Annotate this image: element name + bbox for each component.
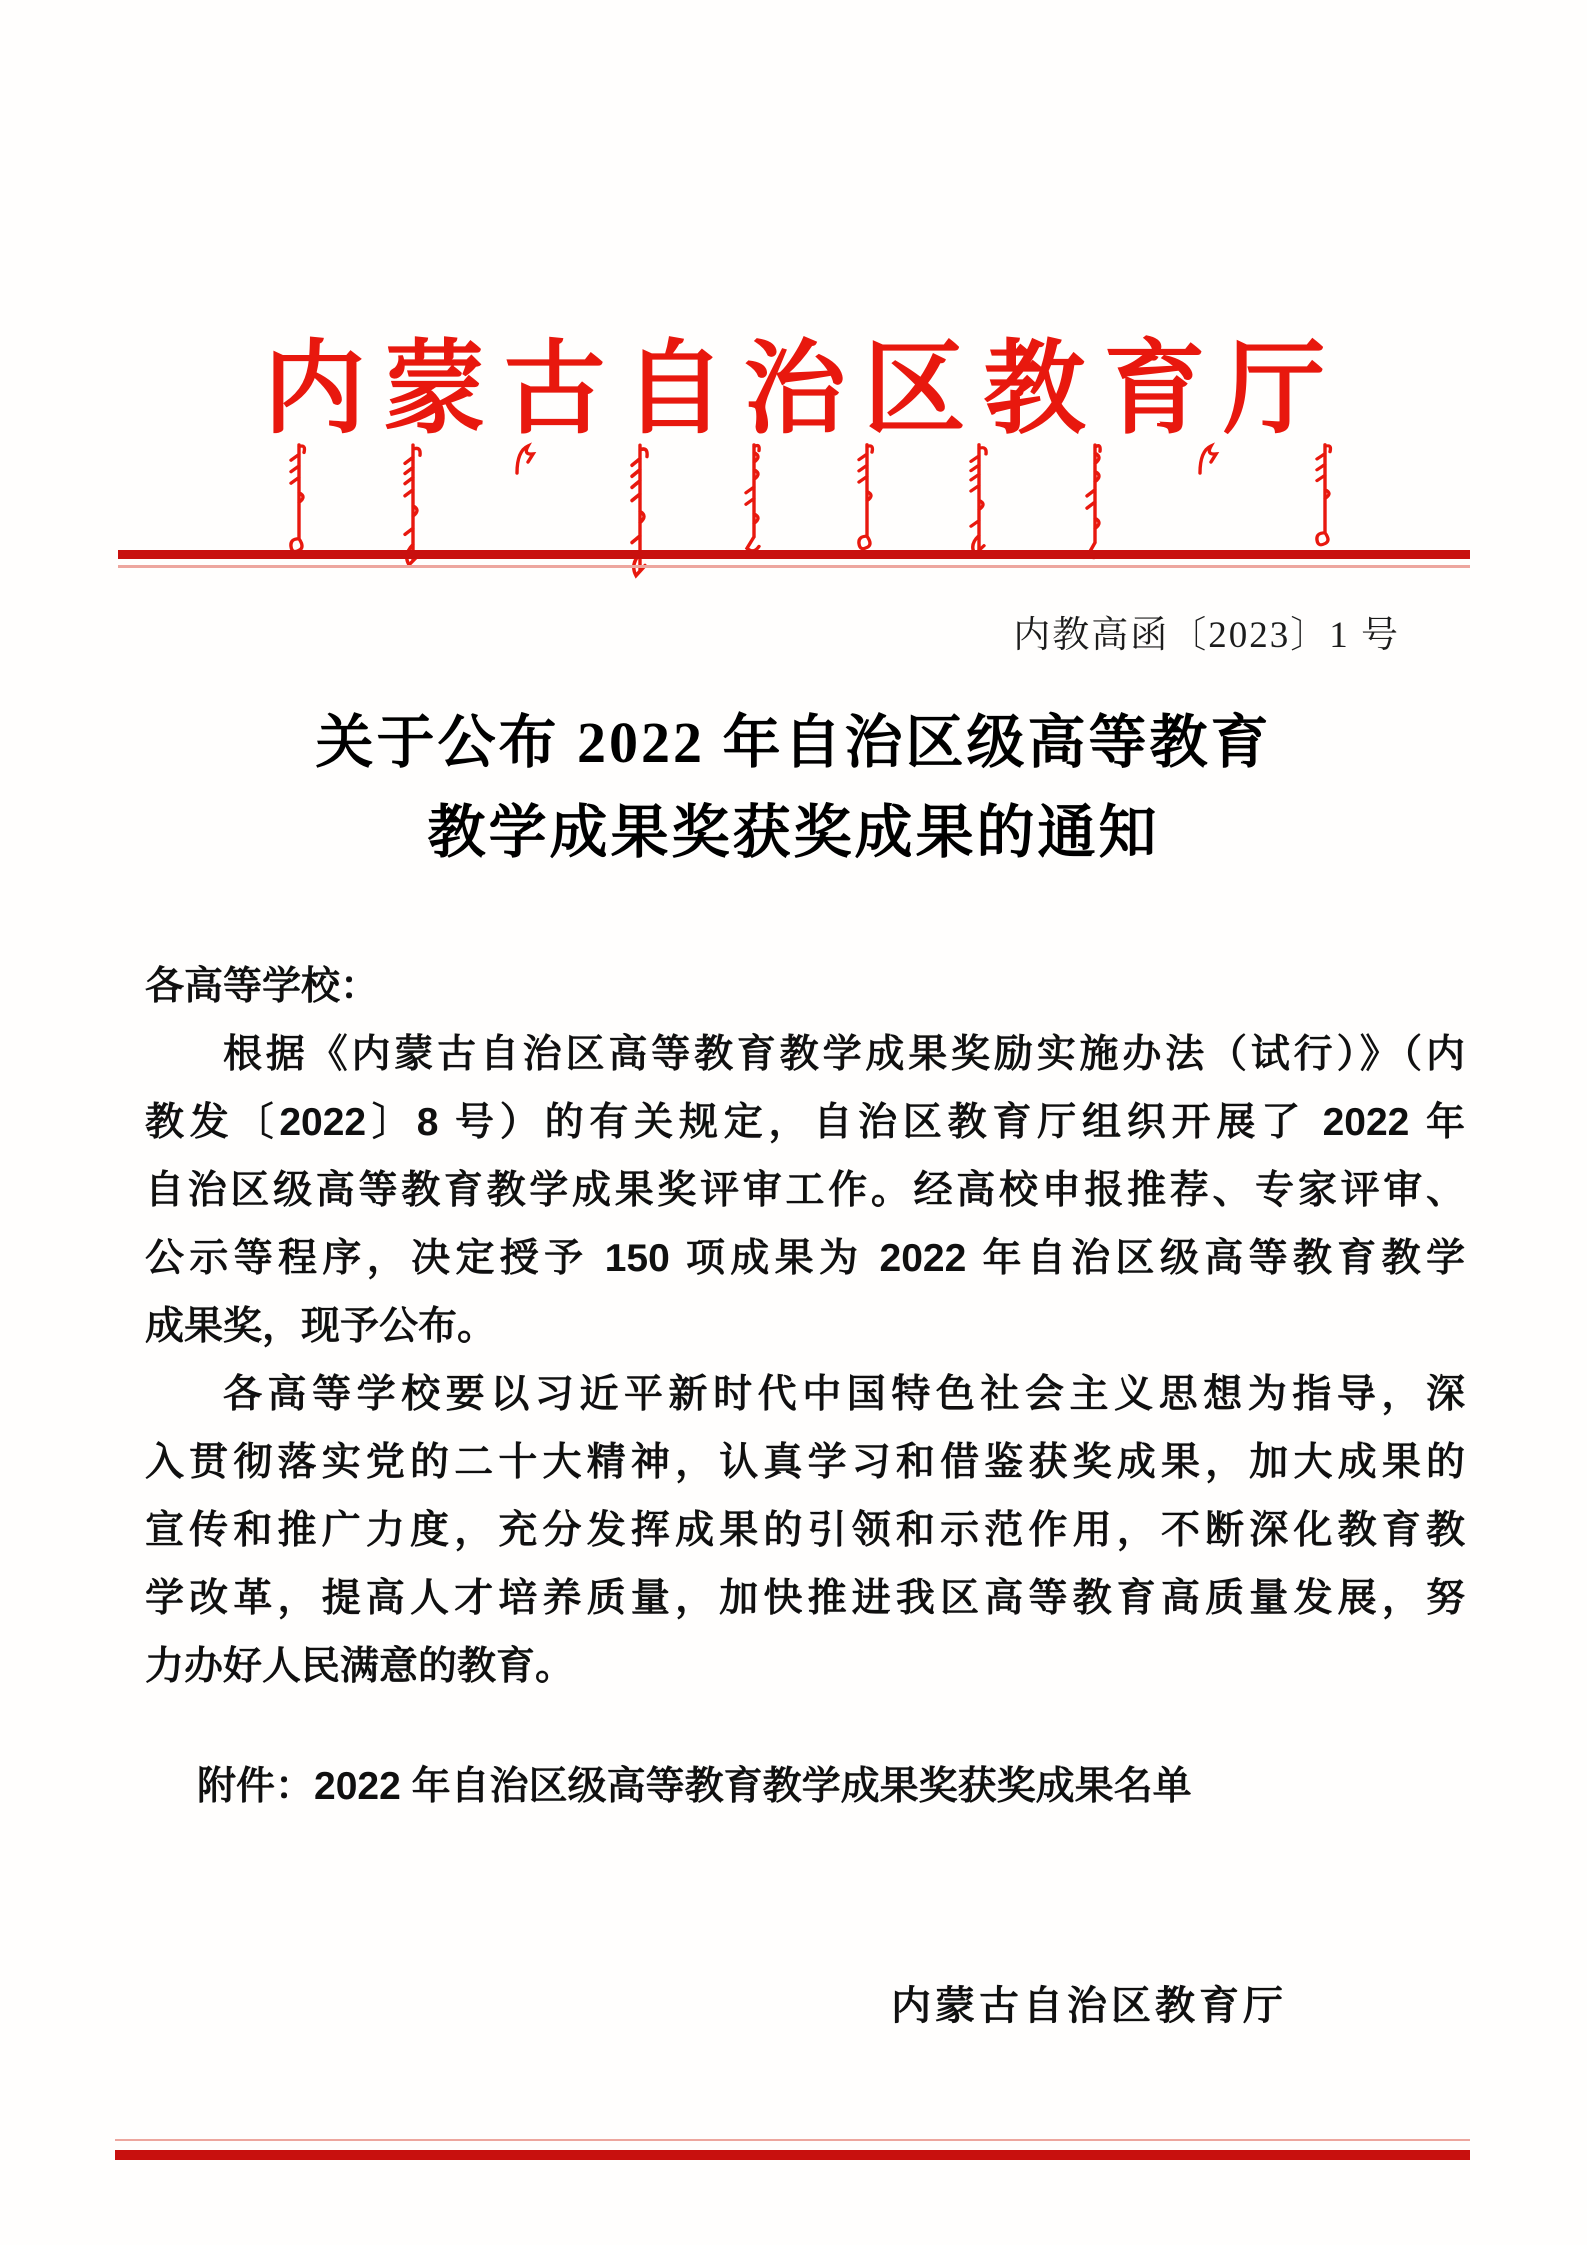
paragraph-1: 根据《内蒙古自治区高等教育教学成果奖励实施办法（试行）》（内教发〔2022〕8 … xyxy=(145,1021,1465,1361)
document-title: 关于公布 2022 年自治区级高等教育 教学成果奖获奖成果的通知 xyxy=(0,698,1587,878)
mongolian-word xyxy=(1083,441,1107,563)
document-body: 各高等学校： 根据《内蒙古自治区高等教育教学成果奖励实施办法（试行）》（内教发〔… xyxy=(145,953,1465,1701)
footer-rule-thick xyxy=(115,2150,1470,2160)
body-text-line: 公示等程序，决定授予 150 项成果为 2022 年自治区级高等教育教学 xyxy=(145,1225,1465,1293)
mongolian-word xyxy=(1196,441,1220,477)
attachment-line: 附件：2022 年自治区级高等教育教学成果奖获奖成果名单 xyxy=(145,1753,1465,1821)
header-rule-thick xyxy=(118,550,1470,559)
body-text-line: 入贯彻落实党的二十大精神，认真学习和借鉴获奖成果，加大成果的 xyxy=(145,1429,1465,1497)
body-text-line: 教发〔2022〕8 号）的有关规定，自治区教育厅组织开展了 2022 年 xyxy=(145,1089,1465,1157)
mongolian-script xyxy=(0,441,1587,606)
mongolian-word xyxy=(854,441,878,553)
body-text-line: 根据《内蒙古自治区高等教育教学成果奖励实施办法（试行）》（内 xyxy=(145,1021,1465,1089)
salutation: 各高等学校： xyxy=(145,953,1465,1021)
mongolian-word xyxy=(967,441,991,567)
body-text-line: 成果奖，现予公布。 xyxy=(145,1293,1465,1361)
body-text-line: 自治区级高等教育教学成果奖评审工作。经高校申报推荐、专家评审、 xyxy=(145,1157,1465,1225)
mongolian-word xyxy=(513,441,537,477)
mongolian-word xyxy=(742,441,766,556)
document-number: 内教高函〔2023〕1 号 xyxy=(1013,604,1400,658)
body-text-line: 各高等学校要以习近平新时代中国特色社会主义思想为指导，深 xyxy=(145,1361,1465,1429)
letterhead-org-name: 内蒙古自治区教育厅 xyxy=(0,308,1587,454)
body-text-line: 力办好人民满意的教育。 xyxy=(145,1633,1465,1701)
body-text-line: 宣传和推广力度，充分发挥成果的引领和示范作用，不断深化教育教 xyxy=(145,1497,1465,1565)
body-text-line: 学改革，提高人才培养质量，加快推进我区高等教育高质量发展，努 xyxy=(145,1565,1465,1633)
mongolian-word xyxy=(1312,441,1336,549)
document-title-line1: 关于公布 2022 年自治区级高等教育 xyxy=(0,698,1587,788)
document-page: 内蒙古自治区教育厅 内教高函〔2023〕1 号 关于公布 2022 年自治区级高… xyxy=(0,0,1587,2245)
mongolian-word xyxy=(286,441,310,556)
paragraph-2: 各高等学校要以习近平新时代中国特色社会主义思想为指导，深入贯彻落实党的二十大精神… xyxy=(145,1361,1465,1701)
mongolian-word xyxy=(628,441,652,591)
header-rule-thin xyxy=(118,565,1470,568)
footer-rule-thin xyxy=(115,2139,1470,2141)
document-title-line2: 教学成果奖获奖成果的通知 xyxy=(0,788,1587,878)
signature-org-name: 内蒙古自治区教育厅 xyxy=(891,1972,1287,2040)
